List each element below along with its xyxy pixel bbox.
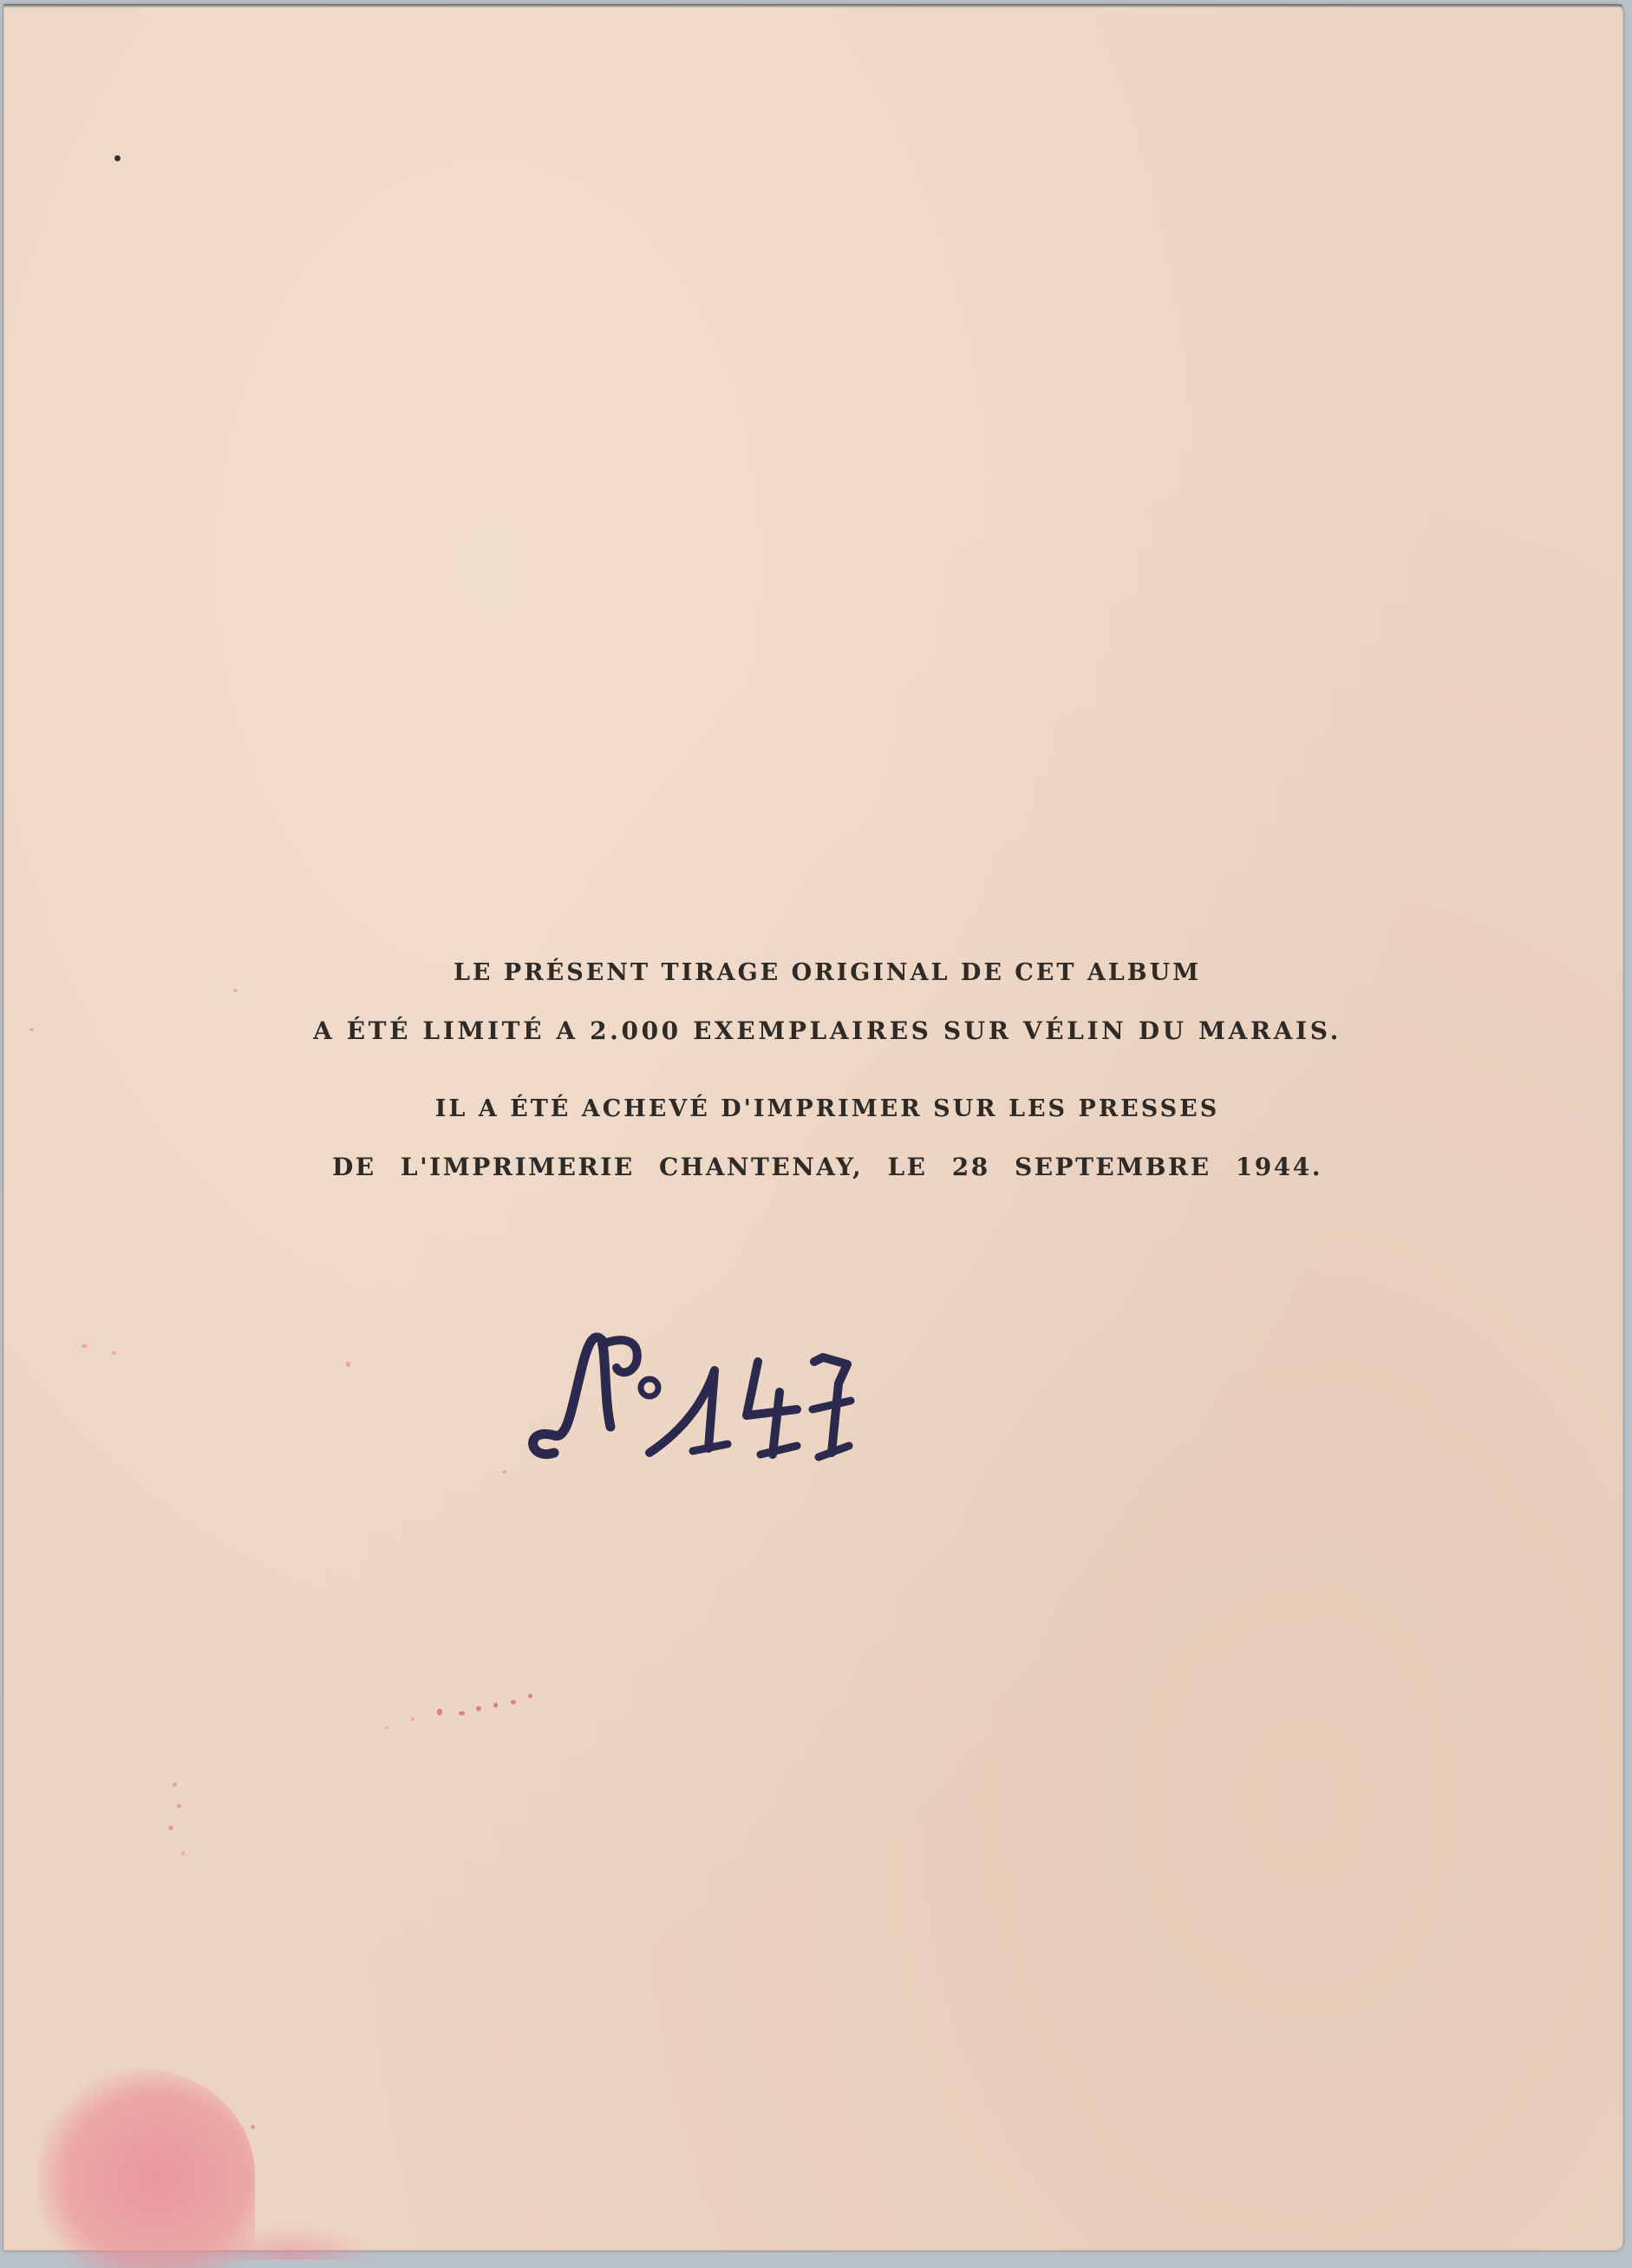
red-speck bbox=[528, 1694, 532, 1698]
red-speck bbox=[233, 989, 238, 992]
red-speck bbox=[385, 1726, 388, 1729]
red-speck bbox=[181, 1852, 185, 1855]
page-top-edge bbox=[3, 4, 1623, 8]
red-speck bbox=[502, 1470, 506, 1474]
red-speck bbox=[177, 1804, 181, 1808]
red-speck bbox=[251, 2125, 255, 2129]
ink-speck bbox=[114, 155, 121, 161]
red-speck bbox=[411, 1717, 415, 1721]
red-speck bbox=[112, 1351, 116, 1355]
colophon-line-2: A ÉTÉ LIMITÉ A 2.000 EXEMPLAIRES SUR VÉL… bbox=[298, 1019, 1356, 1043]
colophon-text: LE PRÉSENT TIRAGE ORIGINAL DE CET ALBUM … bbox=[298, 954, 1356, 1180]
red-speck bbox=[459, 1711, 465, 1716]
handwritten-copy-number bbox=[519, 1305, 866, 1479]
red-speck bbox=[493, 1703, 498, 1708]
red-speck bbox=[173, 1782, 177, 1787]
handwritten-number-147-icon bbox=[519, 1305, 866, 1479]
document-page: LE PRÉSENT TIRAGE ORIGINAL DE CET ALBUM … bbox=[3, 4, 1623, 2251]
colophon-line-1: LE PRÉSENT TIRAGE ORIGINAL DE CET ALBUM bbox=[298, 961, 1356, 984]
red-speck bbox=[82, 1344, 87, 1348]
colophon-line-3: IL A ÉTÉ ACHEVÉ D'IMPRIMER SUR LES PRESS… bbox=[298, 1097, 1356, 1121]
red-speck bbox=[346, 1362, 350, 1367]
red-speck bbox=[511, 1700, 516, 1704]
red-speck bbox=[437, 1709, 442, 1716]
pink-stain-bottom bbox=[203, 2225, 376, 2258]
red-speck bbox=[168, 1826, 173, 1830]
colophon-line-4: DE L'IMPRIMERIE CHANTENAY, LE 28 SEPTEMB… bbox=[298, 1155, 1356, 1180]
red-speck bbox=[476, 1706, 481, 1711]
red-speck bbox=[29, 1028, 34, 1031]
